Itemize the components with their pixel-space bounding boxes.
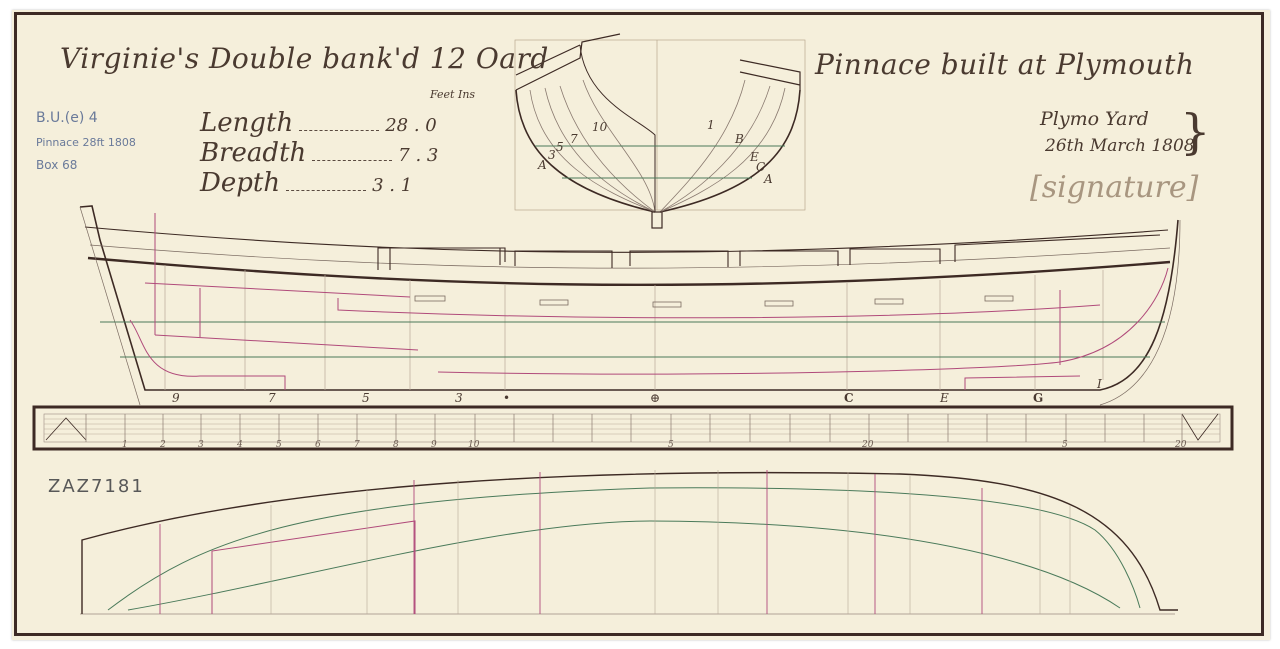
scale-number: 9 <box>431 440 437 450</box>
station-label: 9 <box>172 391 180 405</box>
signature: [signature] <box>1030 170 1198 205</box>
body-plan-label: 1 <box>707 118 715 132</box>
plan-date: 26th March 1808 <box>1045 136 1195 156</box>
archive-note-2: Pinnace 28ft 1808 <box>36 136 136 149</box>
ship-plan-drawing <box>0 0 1280 649</box>
station-label: • <box>503 391 510 405</box>
dimension-label: Breadth <box>200 138 306 168</box>
leader-line <box>299 130 379 131</box>
body-plan-label: A <box>764 172 773 186</box>
plan-title-right: Pinnace built at Plymouth <box>815 48 1194 81</box>
station-label: E <box>940 391 949 405</box>
half-breadth-plan <box>80 470 1178 614</box>
scale-number: 4 <box>237 440 243 450</box>
body-plan-label: 3 <box>548 148 556 162</box>
scale-number: 3 <box>198 440 204 450</box>
scale-number: 5 <box>668 440 674 450</box>
dimension-label: Depth <box>200 168 280 198</box>
dimension-breadth: Breadth 7 . 3 <box>200 138 438 168</box>
station-label: C <box>844 391 854 405</box>
scale-number: 1 <box>122 440 128 450</box>
brace-glyph: } <box>1180 108 1211 156</box>
leader-line <box>312 160 392 161</box>
plan-title-left: Virginie's Double bank'd 12 Oard <box>60 42 549 75</box>
leader-line <box>286 190 366 191</box>
archive-note-3: Box 68 <box>36 158 77 172</box>
station-label: 7 <box>268 391 276 405</box>
scale-number: 7 <box>354 440 360 450</box>
station-label: 5 <box>362 391 370 405</box>
scale-number: 20 <box>862 440 873 450</box>
dimension-value: 28 . 0 <box>385 115 437 136</box>
body-plan-label: 5 <box>556 140 564 154</box>
scale-number: 5 <box>1062 440 1068 450</box>
dimension-length: Length 28 . 0 <box>200 108 437 138</box>
sheer-profile <box>80 206 1180 405</box>
dimensions-units-header: Feet Ins <box>430 88 475 101</box>
place-of-origin: Plymo Yard <box>1040 108 1149 130</box>
scale-number: 20 <box>1175 440 1186 450</box>
dimension-label: Length <box>200 108 293 138</box>
scale-number: 2 <box>160 440 166 450</box>
body-plan <box>515 34 805 228</box>
station-label: ⊕ <box>650 391 660 405</box>
scale-number: 8 <box>393 440 399 450</box>
archive-note-1: B.U.(e) 4 <box>36 110 98 126</box>
scale-number: 6 <box>315 440 321 450</box>
station-label: I <box>1097 377 1102 391</box>
dimension-value: 7 . 3 <box>398 145 438 166</box>
scale-number: 10 <box>468 440 479 450</box>
body-plan-label: B <box>735 132 744 146</box>
station-label: G <box>1033 391 1043 405</box>
dimension-depth: Depth 3 . 1 <box>200 168 412 198</box>
body-plan-label: 10 <box>592 120 607 134</box>
body-plan-label: A <box>538 158 547 172</box>
station-label: 3 <box>455 391 463 405</box>
scale-number: 5 <box>276 440 282 450</box>
dimension-value: 3 . 1 <box>372 175 412 196</box>
scale-bar <box>34 407 1232 449</box>
catalogue-number: ZAZ7181 <box>48 476 145 497</box>
body-plan-label: 7 <box>570 132 578 146</box>
